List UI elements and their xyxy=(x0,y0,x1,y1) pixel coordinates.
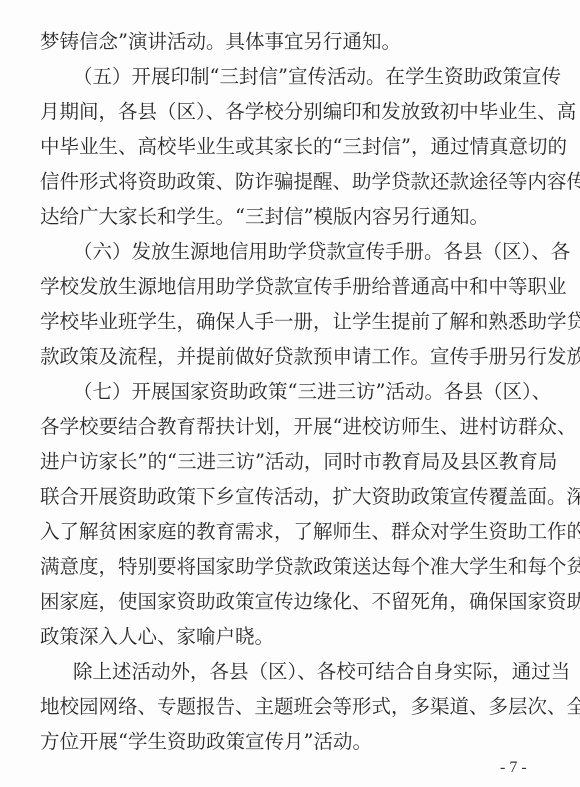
text-line: 月期间，各县（区）、各学校分别编印和发放致初中毕业生、高 xyxy=(40,97,546,127)
document-page: 梦铸信念”演讲活动。具体事宜另行通知。 （五）开展印制“三封信”宣传活动。在学生… xyxy=(0,0,580,787)
text-line: 入了解贫困家庭的教育需求，了解师生、群众对学生资助工作的 xyxy=(40,517,546,547)
text-line: 满意度，特别要将国家助学贷款政策送达每个准大学生和每个贫 xyxy=(40,552,546,582)
section-heading-line: （六）发放生源地信用助学贷款宣传手册。各县（区）、各 xyxy=(73,237,546,267)
section-heading-line: （五）开展印制“三封信”宣传活动。在学生资助政策宣传 xyxy=(73,62,546,92)
text-line: 信件形式将资助政策、防诈骗提醒、助学贷款还款途径等内容传 xyxy=(40,167,546,197)
text-line: 达给广大家长和学生。“三封信”模版内容另行通知。 xyxy=(40,202,546,232)
text-line: 地校园网络、专题报告、主题班会等形式，多渠道、多层次、全 xyxy=(40,692,546,722)
text-line: 款政策及流程，并提前做好贷款预申请工作。宣传手册另行发放。 xyxy=(40,342,546,372)
text-line: 政策深入人心、家喻户晓。 xyxy=(40,622,546,652)
text-line: 进户访家长”的“三进三访”活动，同时市教育局及县区教育局 xyxy=(40,447,546,477)
paragraph-first-line: 除上述活动外，各县（区）、各校可结合自身实际，通过当 xyxy=(73,657,546,687)
text-line: 中毕业生、高校毕业生或其家长的“三封信”，通过情真意切的 xyxy=(40,132,546,162)
section-heading-line: （七）开展国家资助政策“三进三访”活动。各县（区）、 xyxy=(73,377,546,407)
text-line: 学校发放生源地信用助学贷款宣传手册给普通高中和中等职业 xyxy=(40,272,546,302)
text-line: 各学校要结合教育帮扶计划，开展“进校访师生、进村访群众、 xyxy=(40,412,546,442)
text-line: 联合开展资助政策下乡宣传活动，扩大资助政策宣传覆盖面。深 xyxy=(40,482,546,512)
page-number: - 7 - xyxy=(500,758,527,778)
text-line: 学校毕业班学生，确保人手一册，让学生提前了解和熟悉助学贷 xyxy=(40,307,546,337)
text-line: 困家庭，使国家资助政策宣传边缘化、不留死角，确保国家资助 xyxy=(40,587,546,617)
text-line: 梦铸信念”演讲活动。具体事宜另行通知。 xyxy=(40,27,546,57)
text-line: 方位开展“学生资助政策宣传月”活动。 xyxy=(40,727,546,757)
